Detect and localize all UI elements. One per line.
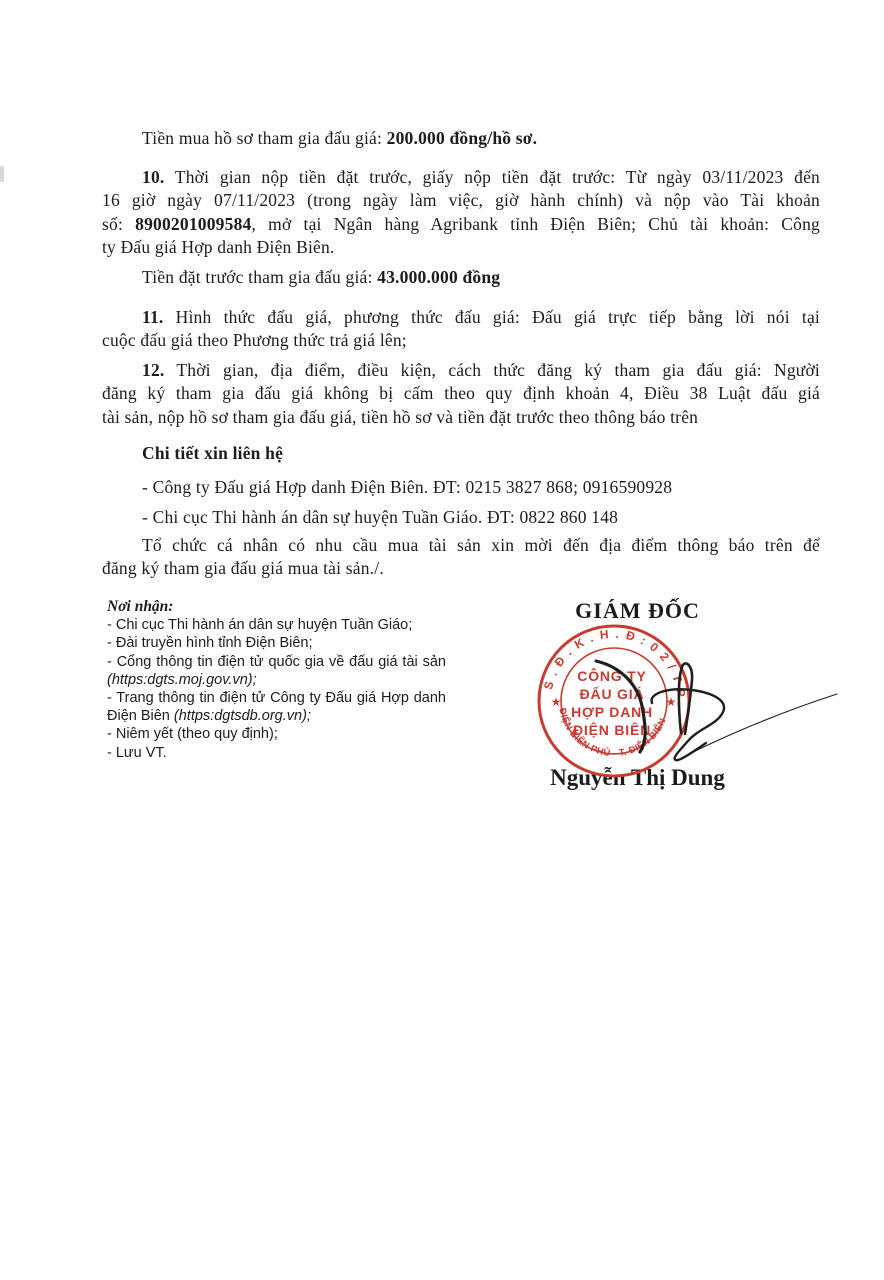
scan-edge-artifact xyxy=(0,166,4,182)
text-line: đăng ký tham gia đấu giá không bị cấm th… xyxy=(102,382,820,405)
stamp-arc-texts: S.Đ.K.H.Đ:02/TP ĐIỆN BIÊN PHỦ - T. ĐIỆN … xyxy=(534,620,695,767)
text-line: - Niêm yết (theo quy định); xyxy=(107,725,446,743)
recipient-item: - Niêm yết (theo quy định); xyxy=(107,725,446,743)
text-line: tài sản, nộp hồ sơ tham gia đấu giá, tiề… xyxy=(102,406,820,429)
recipient-item: - Cổng thông tin điện tử quốc gia về đấu… xyxy=(107,653,446,689)
text-line: - Đài truyền hình tỉnh Điện Biên; xyxy=(107,634,446,652)
text-line: đăng ký tham gia đấu giá mua tài sản./. xyxy=(102,557,820,580)
text-line: cuộc đấu giá theo Phương thức trả giá lê… xyxy=(102,329,820,352)
stamp-outer-ring xyxy=(539,626,689,776)
paragraph-closing: Tổ chức cá nhân có nhu cầu mua tài sản x… xyxy=(102,534,820,581)
stamp-star-left: ★ xyxy=(551,695,562,709)
text-line: - Cổng thông tin điện tử quốc gia về đấu… xyxy=(107,653,446,671)
company-stamp: S.Đ.K.H.Đ:02/TP ĐIỆN BIÊN PHỦ - T. ĐIỆN … xyxy=(534,620,695,776)
text-line: Tổ chức cá nhân có nhu cầu mua tài sản x… xyxy=(102,534,820,557)
stamp-company-line: CÔNG TY xyxy=(577,667,646,684)
paragraph-12-registration: 12. Thời gian, địa điểm, điều kiện, cách… xyxy=(102,359,820,429)
stamp-company-line: ĐIỆN BIÊN xyxy=(573,721,651,738)
contact-line-company: - Công ty Đấu giá Hợp danh Điện Biên. ĐT… xyxy=(102,476,860,499)
stamp-registration-number: S.Đ.K.H.Đ:02/TP xyxy=(541,620,696,706)
signer-title: GIÁM ĐỐC xyxy=(540,598,735,624)
recipient-item: - Lưu VT. xyxy=(107,744,446,762)
text-line: 11. Hình thức đấu giá, phương thức đấu g… xyxy=(102,306,820,329)
stamp-company-line: HỢP DANH xyxy=(571,704,653,720)
signature-stroke xyxy=(652,689,724,760)
text-line: 12. Thời gian, địa điểm, điều kiện, cách… xyxy=(102,359,820,382)
paragraph-fee: Tiền mua hồ sơ tham gia đấu giá: 200.000… xyxy=(102,127,860,150)
signature-flourish xyxy=(676,694,837,761)
paragraph-11-auction-form: 11. Hình thức đấu giá, phương thức đấu g… xyxy=(102,306,820,353)
text-line: số: 8900201009584, mở tại Ngân hàng Agri… xyxy=(102,213,820,236)
recipients-heading: Nơi nhận: xyxy=(107,598,446,616)
paragraph-10-deposit-time: 10. Thời gian nộp tiền đặt trước, giấy n… xyxy=(102,166,820,260)
recipient-item: - Chi cục Thi hành án dân sự huyện Tuần … xyxy=(107,616,446,634)
stamp-inner-ring xyxy=(561,648,667,754)
text-line: Tiền đặt trước tham gia đấu giá: 43.000.… xyxy=(142,266,860,289)
signature-stroke xyxy=(596,661,645,752)
recipient-item: - Đài truyền hình tỉnh Điện Biên; xyxy=(107,634,446,652)
stamp-star-right: ★ xyxy=(666,695,677,709)
recipient-item: - Trang thông tin điện tử Công ty Đấu gi… xyxy=(107,689,446,725)
recipients-block: Nơi nhận: - Chi cục Thi hành án dân sự h… xyxy=(107,598,446,762)
document-page: Tiền mua hồ sơ tham gia đấu giá: 200.000… xyxy=(0,0,884,1280)
signature-stroke xyxy=(679,663,692,734)
text-line: Tiền mua hồ sơ tham gia đấu giá: 200.000… xyxy=(142,127,860,150)
contact-line-agency: - Chi cục Thi hành án dân sự huyện Tuần … xyxy=(102,506,860,529)
text-line: 16 giờ ngày 07/11/2023 (trong ngày làm v… xyxy=(102,189,820,212)
stamp-company-line: ĐẤU GIÁ xyxy=(580,686,645,702)
stamp-location-text: ĐIỆN BIÊN PHỦ - T. ĐIỆN BIÊN xyxy=(552,706,669,765)
text-line: - Trang thông tin điện tử Công ty Đấu gi… xyxy=(107,689,446,707)
text-line: ty Đấu giá Hợp danh Điện Biên. xyxy=(102,236,820,259)
text-line: - Chi cục Thi hành án dân sự huyện Tuần … xyxy=(107,616,446,634)
text-line: 10. Thời gian nộp tiền đặt trước, giấy n… xyxy=(102,166,820,189)
text-line: - Lưu VT. xyxy=(107,744,446,762)
text-line: (https:dgts.moj.gov.vn); xyxy=(107,671,446,689)
paragraph-deposit-amount: Tiền đặt trước tham gia đấu giá: 43.000.… xyxy=(102,266,860,289)
text-line: Điện Biên (https:dgtsdb.org.vn); xyxy=(107,707,446,725)
signer-name: Nguyễn Thị Dung xyxy=(525,765,750,791)
handwritten-signature xyxy=(596,661,837,761)
contact-heading: Chi tiết xin liên hệ xyxy=(102,442,860,465)
